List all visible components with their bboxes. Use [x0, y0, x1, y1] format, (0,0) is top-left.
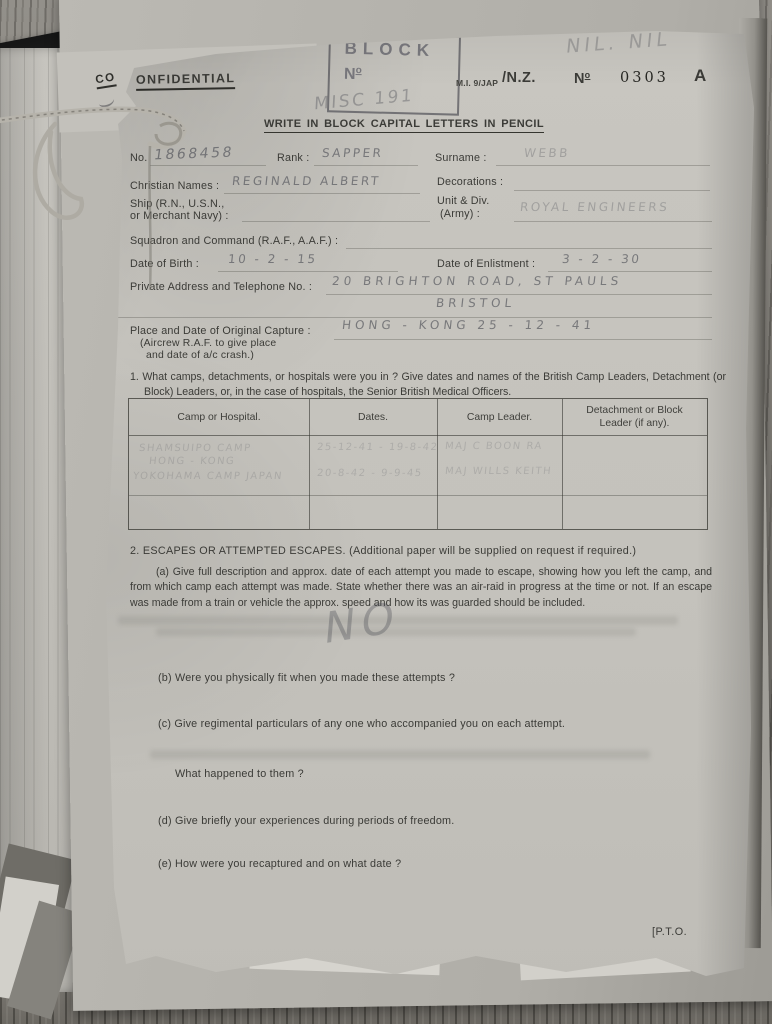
stamp-no-n: N [344, 66, 356, 83]
address-value-line2: BRISTOL [435, 296, 516, 310]
christian-names-value: REGINALD ALBERT [231, 174, 381, 188]
field-underline [224, 193, 420, 194]
table-row-divider [129, 495, 707, 496]
field-label-christian-names: Christian Names : [130, 180, 219, 192]
question-b-text: (b) Were you physically fit when you mad… [158, 672, 455, 684]
table-header-divider [129, 435, 707, 436]
serial-no-n: N [574, 71, 585, 87]
field-underline [150, 165, 266, 166]
pto-footer: [P.T.O. [652, 926, 687, 938]
rank-value: SAPPER [321, 146, 384, 160]
field-label-surname: Surname : [435, 152, 487, 164]
table-row1-camp: SHAMSUIPO CAMP [138, 443, 252, 454]
table-row1-camp-line2: HONG - KONG [148, 456, 235, 467]
bleed-through-smudge [150, 750, 650, 759]
unit-div-value: ROYAL ENGINEERS [519, 200, 670, 214]
field-label-unit-div-line1: Unit & Div. [437, 195, 489, 207]
field-label-decorations: Decorations : [437, 176, 503, 188]
date-of-birth-value: 10 - 2 - 15 [227, 252, 318, 266]
confidential-marking: ONFIDENTIAL [136, 71, 236, 91]
capture-value: HONG - KONG 25 - 12 - 41 [341, 318, 596, 332]
capture-note-line1: (Aircrew R.A.F. to give place [140, 338, 276, 349]
field-label-enlistment: Date of Enlistment : [437, 258, 535, 270]
field-underline [346, 248, 712, 249]
table-row2-dates: 20-8-42 - 9-9-45 [316, 468, 423, 479]
question-1-text: 1. What camps, detachments, or hospitals… [130, 370, 726, 401]
field-label-unit-div-line2: (Army) : [440, 208, 480, 220]
field-label-ship-line1: Ship (R.N., U.S.N., [130, 198, 224, 210]
photo-of-pow-form: CO ONFIDENTIAL BLOCK No MISC 191 M.I. 9/… [0, 0, 772, 1024]
table-header-dates: Dates. [309, 399, 437, 435]
question-e-text: (e) How were you recaptured and on what … [158, 858, 401, 870]
field-label-address: Private Address and Telephone No. : [130, 281, 312, 293]
field-underline [334, 339, 712, 340]
field-underline [242, 221, 430, 222]
section-2-heading: 2. ESCAPES OR ATTEMPTED ESCAPES. (Additi… [130, 545, 636, 557]
address-value-line1: 20 BRIGHTON ROAD, ST PAULS [331, 274, 623, 288]
question-d-text: (d) Give briefly your experiences during… [158, 815, 454, 827]
field-underline [548, 271, 712, 272]
table-row2-camp: YOKOHAMA CAMP JAPAN [132, 471, 283, 482]
field-underline [218, 271, 398, 272]
field-label-squadron: Squadron and Command (R.A.F., A.A.F.) : [130, 235, 338, 247]
table-row1-dates: 25-12-41 - 19-8-42 [316, 442, 439, 453]
form-reference-small: M.I. 9/JAP [456, 78, 498, 88]
form-reference-nz: /N.Z. [502, 70, 536, 86]
field-underline [496, 165, 710, 166]
field-underline [314, 165, 418, 166]
serial-no-o: o [585, 70, 591, 80]
question-c-followup-text: What happened to them ? [175, 768, 304, 780]
serial-no-word: No [574, 70, 590, 87]
table-header-camp: Camp or Hospital. [129, 399, 309, 435]
field-underline [514, 190, 710, 191]
section-2a-text: (a) Give full description and approx. da… [130, 565, 712, 611]
pow-interrogation-form-page: ONFIDENTIAL BLOCK No MISC 191 M.I. 9/JAP… [96, 28, 756, 990]
table-row1-leader: MAJ C BOON RA [444, 441, 543, 452]
field-label-dob: Date of Birth : [130, 258, 199, 270]
surname-value: WEBB [523, 146, 570, 160]
instruction-heading: WRITE IN BLOCK CAPITAL LETTERS IN PENCIL [264, 118, 544, 133]
capture-note-line2: and date of a/c crash.) [146, 350, 254, 361]
field-label-rank: Rank : [277, 152, 309, 164]
camps-table: Camp or Hospital. Dates. Camp Leader. De… [128, 398, 708, 530]
field-underline [514, 221, 712, 222]
confidential-torn-fragment: CO [95, 71, 117, 89]
pencil-squiggle [97, 93, 115, 108]
date-of-enlistment-value: 3 - 2 - 30 [561, 252, 642, 266]
question-c-text: (c) Give regimental particulars of any o… [158, 718, 565, 730]
field-underline [326, 294, 712, 295]
stamp-no-word: No [344, 65, 362, 84]
series-letter: A [694, 66, 706, 86]
table-header-detachment: Detachment or Block Leader (if any). [562, 399, 707, 435]
service-number-value: 1868458 [153, 145, 235, 164]
table-row2-leader: MAJ WILLS KEITH [444, 466, 552, 477]
field-label-ship-line2: or Merchant Navy) : [130, 210, 229, 222]
field-label-no: No. [130, 152, 147, 164]
serial-number: 0303 [620, 70, 669, 86]
stamp-no-o: o [355, 65, 361, 76]
field-label-capture: Place and Date of Original Capture : [130, 325, 311, 337]
table-header-leader: Camp Leader. [437, 399, 562, 435]
